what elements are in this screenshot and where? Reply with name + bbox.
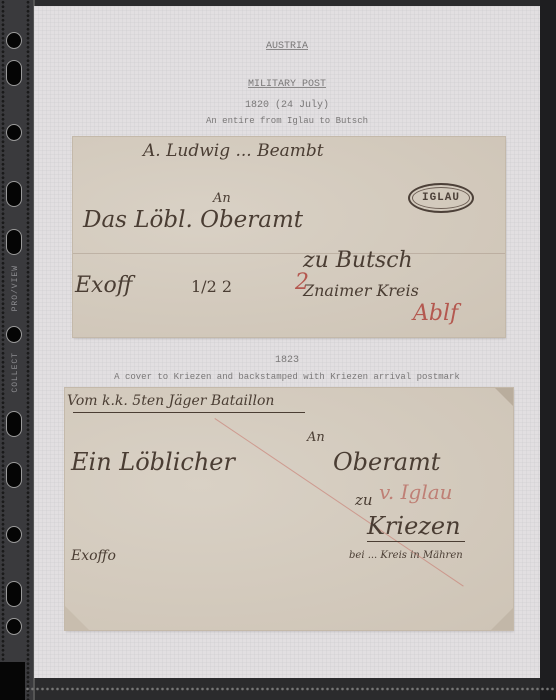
folded-corner — [495, 388, 513, 406]
rate-manuscript: 1/2 2 — [191, 277, 232, 296]
section-heading: MILITARY POST — [34, 79, 540, 90]
ring-hole — [6, 581, 22, 607]
ink-underline — [73, 412, 305, 413]
cover-iglau-entire: A. Ludwig ... Beambt IGLAU An Das Löbl. … — [73, 137, 505, 337]
addressee-prefix: An — [213, 191, 231, 206]
red-town-postmark: v. Iglau — [379, 480, 453, 504]
sleeve-corner — [0, 662, 25, 700]
item1-description: An entire from Iglau to Butsch — [34, 116, 540, 126]
ring-hole — [6, 32, 22, 49]
route-manuscript: Znaimer Kreis — [303, 281, 419, 300]
red-rate-marking: 2 — [295, 270, 309, 295]
album-page: AUSTRIA MILITARY POST 1820 (24 July) An … — [34, 6, 540, 678]
red-manuscript-note: Ablf — [413, 301, 458, 326]
sender-unit-manuscript: Vom k.k. 5ten Jäger Bataillon — [67, 393, 274, 409]
ring-hole — [6, 326, 22, 343]
item2-description: A cover to Kriezen and backstamped with … — [34, 372, 540, 382]
folded-corner — [65, 606, 89, 630]
item2-date: 1823 — [34, 355, 540, 366]
exoffo-endorsement: Exoff — [75, 273, 132, 298]
bottom-perforation — [25, 686, 556, 692]
addressee-manuscript: Das Löbl. Oberamt — [83, 207, 303, 233]
ring-hole — [6, 411, 22, 437]
addressee-prefix: An — [307, 430, 325, 445]
ring-hole — [6, 181, 22, 207]
ring-hole — [6, 618, 22, 635]
ring-hole — [6, 526, 22, 543]
ring-hole — [6, 124, 22, 141]
destination-prefix: zu — [355, 491, 373, 509]
exoffo-endorsement: Exoffo — [71, 548, 116, 564]
cover-kriezen: Vom k.k. 5ten Jäger Bataillon An Ein Löb… — [65, 388, 513, 630]
oberamt-manuscript: Oberamt — [333, 448, 440, 476]
addressee-manuscript: Ein Löblicher — [71, 448, 235, 476]
sleeve-right-edge — [540, 0, 556, 700]
item1-date: 1820 (24 July) — [34, 100, 540, 111]
iglau-oval-postmark: IGLAU — [408, 183, 474, 213]
ink-underline — [367, 541, 465, 542]
perforation-column — [26, 0, 30, 700]
sender-manuscript: A. Ludwig ... Beambt — [143, 141, 324, 161]
sleeve-binding-strip: PRO/VIEW COLLECT — [0, 0, 35, 700]
sleeve-brand-label: COLLECT — [11, 352, 20, 393]
fold-line — [73, 253, 505, 254]
ring-hole — [6, 462, 22, 488]
folded-corner — [491, 608, 513, 630]
route-manuscript: bei ... Kreis in Mähren — [349, 550, 463, 561]
ring-hole — [6, 229, 22, 255]
destination-manuscript: zu Butsch — [303, 248, 413, 273]
ring-hole — [6, 60, 22, 86]
country-heading: AUSTRIA — [34, 41, 540, 52]
perforation-column — [1, 0, 5, 700]
sleeve-brand-label: PRO/VIEW — [11, 265, 20, 311]
destination-manuscript: Kriezen — [367, 512, 461, 540]
